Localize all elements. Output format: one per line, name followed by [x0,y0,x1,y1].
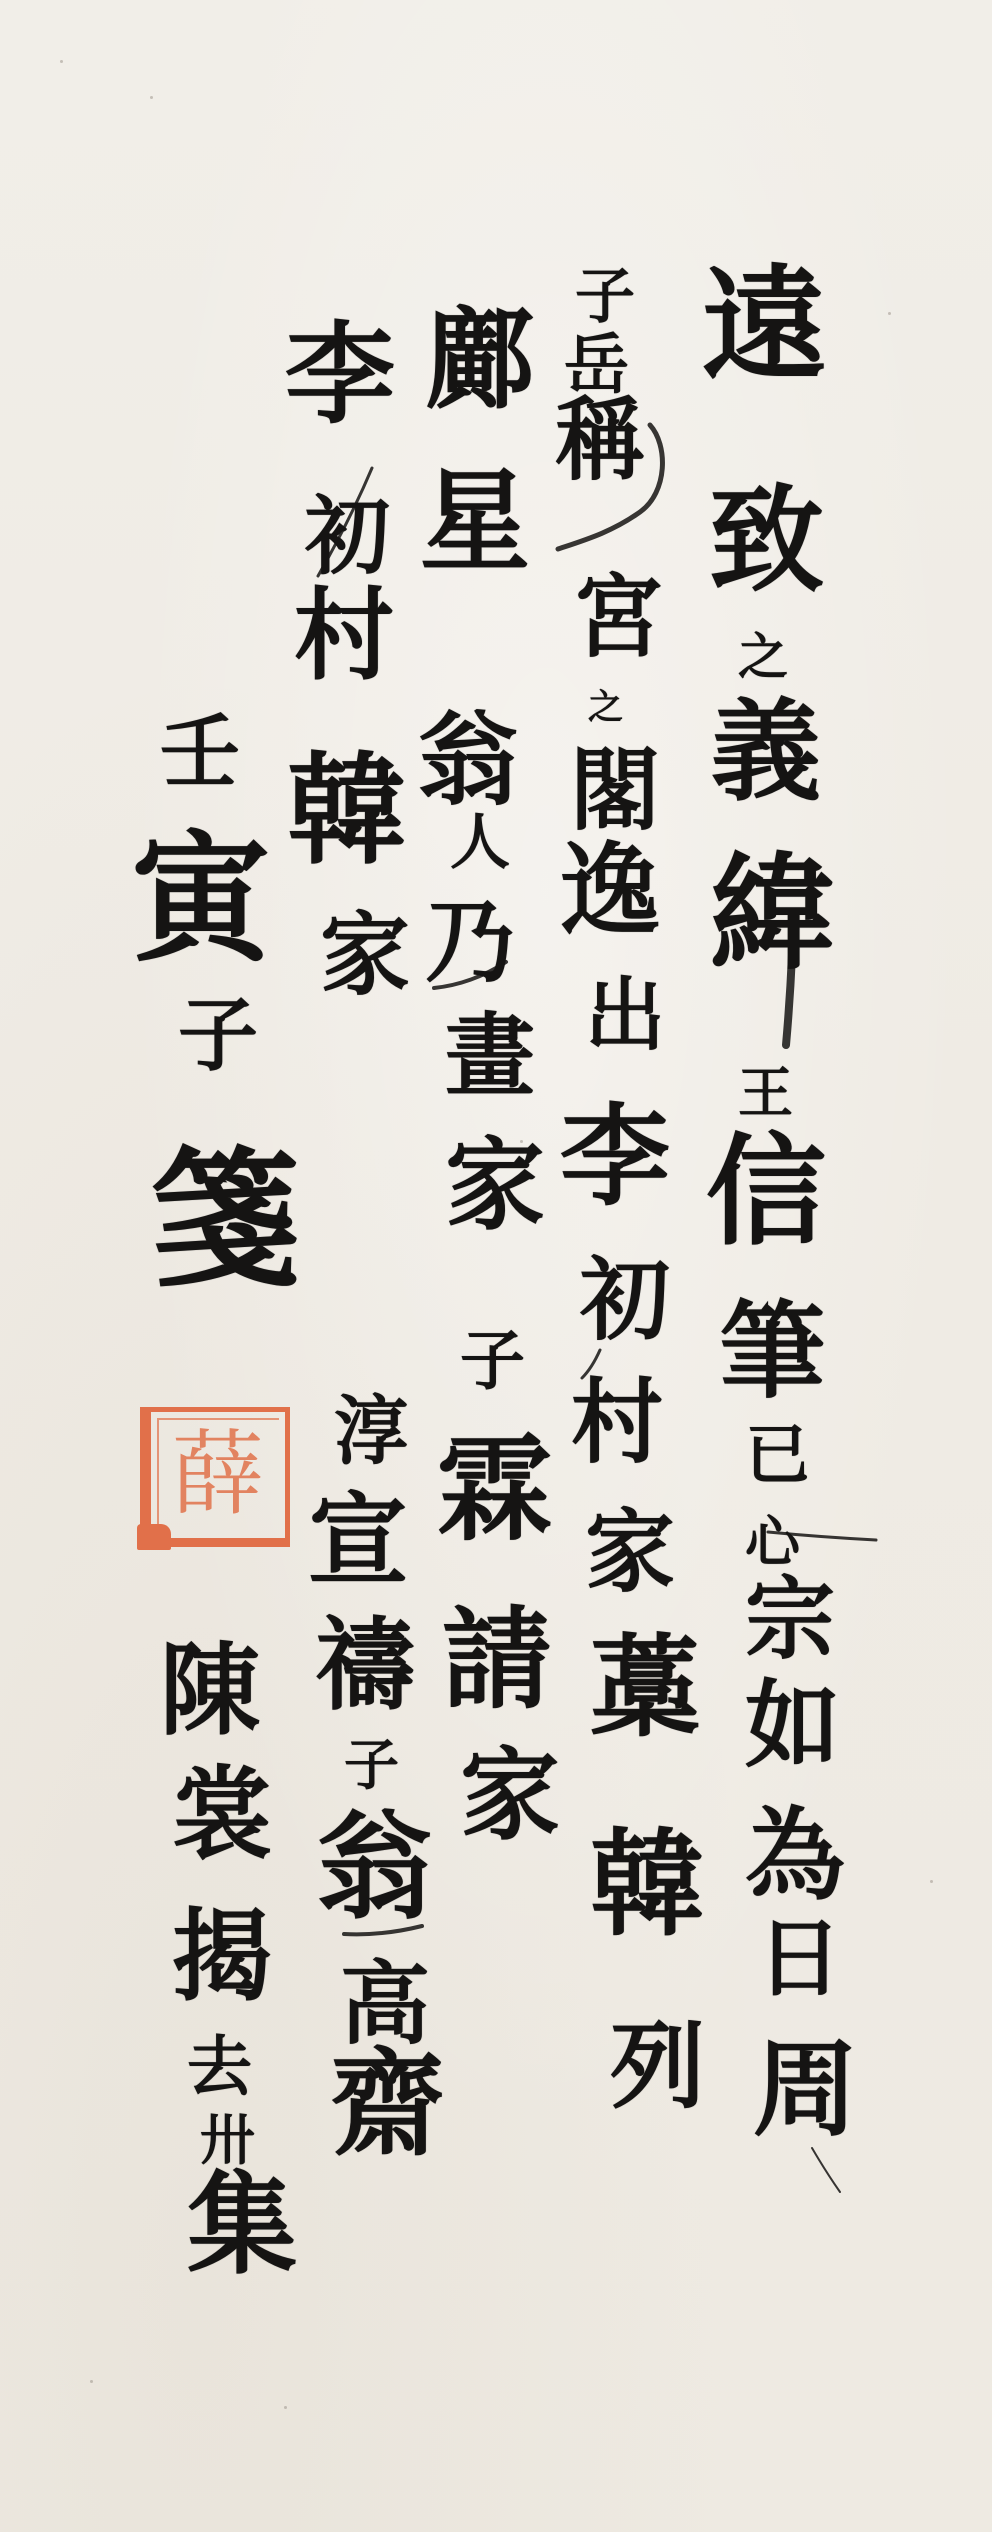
brush-stroke-xin-line [768,1532,876,1540]
brush-stroke-cheng-tail [558,425,662,549]
paper-speck [888,312,891,315]
brush-stroke-cun-link [582,1350,600,1378]
paper-speck [520,1140,523,1143]
brush-stroke-wei-tail [786,955,792,1045]
seal-character: 薛 [151,1412,285,1538]
brush-stroke-weng-tail [344,1926,422,1934]
paper-speck [284,2406,287,2409]
paper-speck [150,96,153,99]
paper-speck [930,1880,933,1883]
calligraphy-scroll: 遠 致 之 義 緯 王 信 筆 已 心 宗 如 為 日 周 子 岳 稱 宮 之 … [0,0,992,2532]
red-seal-stamp: 薛 [140,1407,290,1547]
paper-speck [90,2380,93,2383]
brush-stroke-chu-link [318,468,372,576]
paper-speck [60,60,63,63]
brush-stroke-zhou-tail [812,2148,840,2192]
ink-strokes [0,0,992,2532]
brush-stroke-nai-tail [434,962,506,988]
